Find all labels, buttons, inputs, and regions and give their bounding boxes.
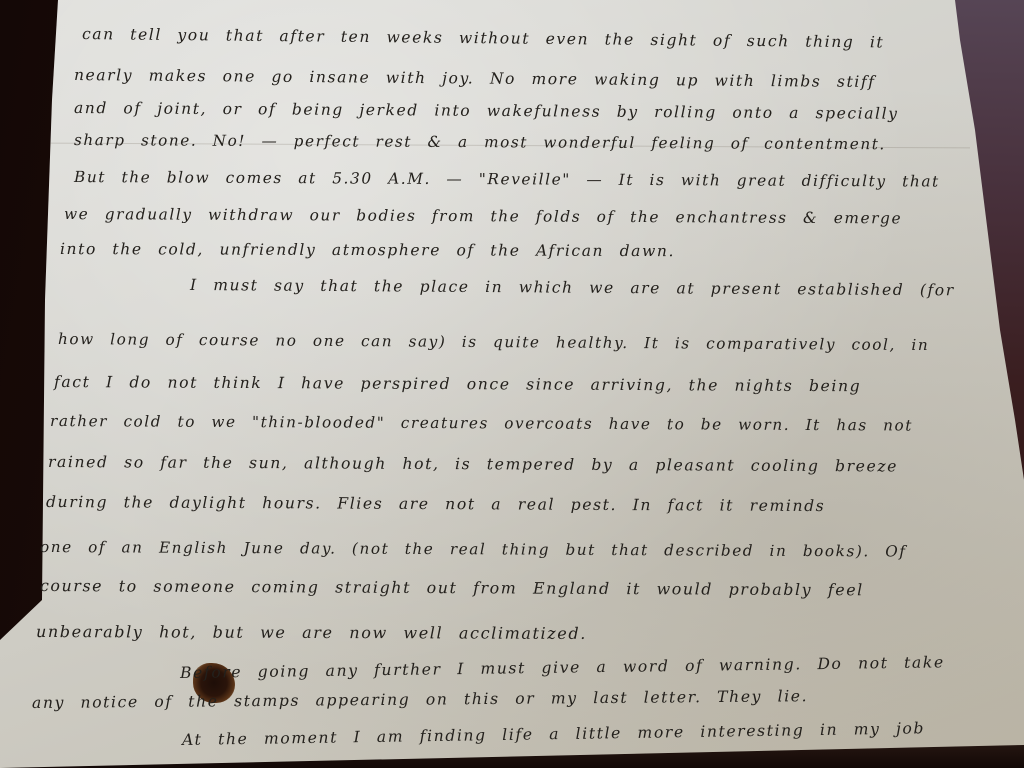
letter-line: sharp stone. No! — perfect rest & a most… bbox=[74, 131, 886, 153]
photo-scene: can tell you that after ten weeks withou… bbox=[0, 0, 1024, 768]
letter-line: Before going any further I must give a w… bbox=[180, 653, 945, 682]
letter-line: one of an English June day. (not the rea… bbox=[40, 538, 907, 561]
letter-line: into the cold, unfriendly atmosphere of … bbox=[60, 240, 675, 260]
letter-line: nearly makes one go insane with joy. No … bbox=[74, 66, 876, 91]
letter-line: can tell you that after ten weeks withou… bbox=[82, 25, 884, 51]
letter-line: unbearably hot, but we are now well accl… bbox=[36, 622, 587, 643]
letter-line: and of joint, or of being jerked into wa… bbox=[74, 99, 899, 123]
handwritten-letter-text: can tell you that after ten weeks withou… bbox=[0, 0, 1024, 768]
letter-line: At the moment I am finding life a little… bbox=[182, 719, 925, 749]
letter-line: fact I do not think I have perspired onc… bbox=[54, 373, 861, 395]
letter-line: any notice of the stamps appearing on th… bbox=[32, 687, 808, 712]
letter-line: we gradually withdraw our bodies from th… bbox=[64, 205, 902, 227]
letter-line: But the blow comes at 5.30 A.M. — "Revei… bbox=[74, 168, 940, 191]
letter-line: how long of course no one can say) is qu… bbox=[58, 330, 929, 354]
letter-line: I must say that the place in which we ar… bbox=[190, 276, 955, 299]
letter-line: rained so far the sun, although hot, is … bbox=[48, 453, 898, 475]
letter-line: rather cold to we "thin-blooded" creatur… bbox=[50, 412, 913, 435]
letter-line: during the daylight hours. Flies are not… bbox=[46, 493, 825, 515]
letter-line: course to someone coming straight out fr… bbox=[40, 576, 864, 599]
